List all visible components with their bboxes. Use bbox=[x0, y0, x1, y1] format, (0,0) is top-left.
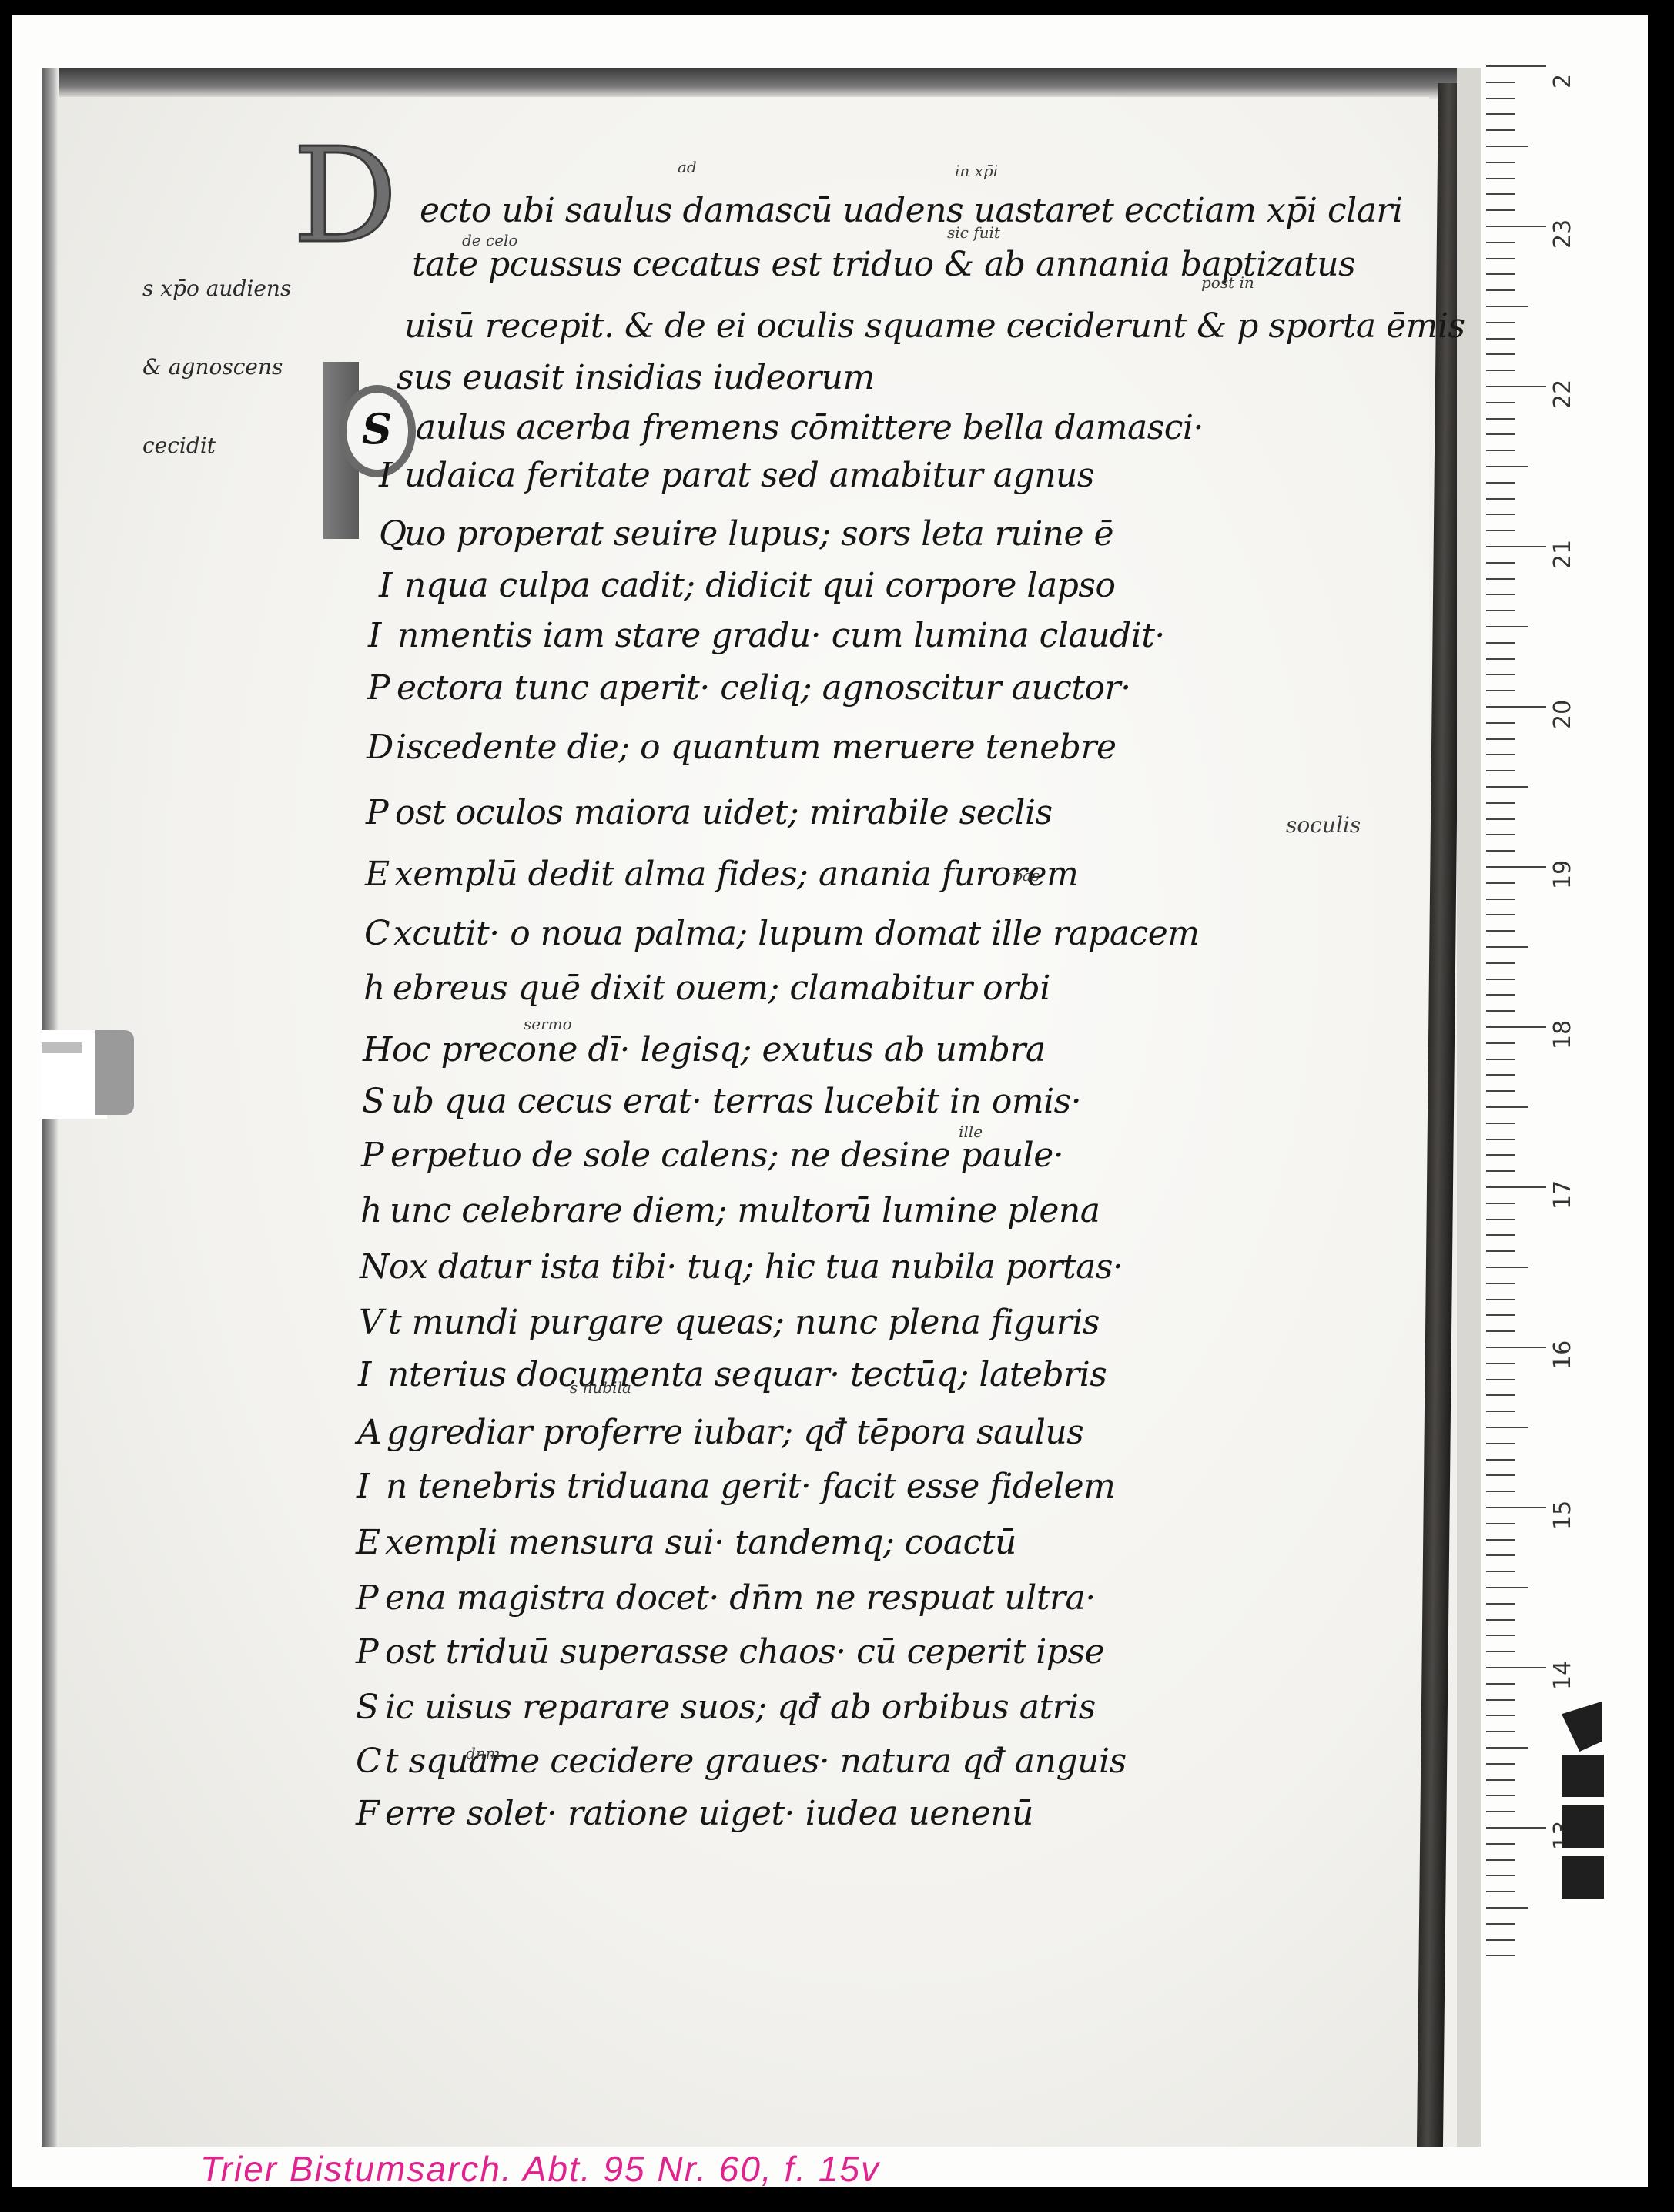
margin-note-line: s xp̄o audiens bbox=[142, 276, 291, 302]
ruler-tick bbox=[1486, 450, 1515, 451]
ruler-tick bbox=[1486, 866, 1546, 868]
verse-line-initial: S bbox=[356, 1688, 379, 1727]
ruler-tick bbox=[1486, 1603, 1515, 1605]
verse-line-initial: F bbox=[356, 1794, 379, 1833]
ruler-tick bbox=[1486, 418, 1515, 420]
verse-line: erpetuo de sole calens; ne desine paule· bbox=[390, 1136, 1063, 1175]
prose-line: ecto ubi saulus damascū uadens uastaret … bbox=[420, 191, 1403, 230]
prose-line: sus euasit insidias iudeorum bbox=[397, 358, 875, 397]
ruler-tick bbox=[1486, 658, 1515, 660]
ruler-tick bbox=[1486, 770, 1515, 771]
ruler-tick bbox=[1486, 786, 1528, 788]
verse-line: unc celebrare diem; multorū lumine plena bbox=[390, 1191, 1100, 1230]
verse-line: uo properat seuire lupus; sors leta ruin… bbox=[404, 514, 1113, 554]
ruler-tick bbox=[1486, 578, 1515, 580]
verse-line: ena magistra docet· dn̄m ne respuat ultr… bbox=[385, 1578, 1096, 1618]
ruler-tick bbox=[1486, 1443, 1515, 1444]
left-margin-note: s xp̄o audiens & agnoscens cecidit bbox=[142, 223, 291, 485]
ruler-tick bbox=[1486, 1010, 1515, 1012]
ruler-label: 16 bbox=[1549, 1340, 1576, 1370]
ruler-tick bbox=[1486, 1859, 1515, 1861]
ruler-label: 22 bbox=[1549, 380, 1576, 409]
ruler-tick bbox=[1486, 722, 1515, 724]
verse-line: udaica feritate parat sed amabitur agnus bbox=[404, 456, 1094, 495]
verse-line-initial: E bbox=[365, 855, 390, 894]
verse-line-initial: Q bbox=[379, 514, 407, 554]
ruler-tick bbox=[1486, 1347, 1546, 1348]
interlinear-gloss: de celo bbox=[462, 231, 517, 249]
ruler-tick bbox=[1486, 65, 1546, 67]
ruler-tick bbox=[1486, 98, 1515, 99]
ruler-tick bbox=[1486, 1203, 1515, 1204]
ruler-tick bbox=[1486, 834, 1515, 835]
ruler-tick bbox=[1486, 402, 1515, 403]
ruler-tick bbox=[1486, 1411, 1515, 1412]
verse-line-initial: D bbox=[367, 728, 393, 767]
ruler-tick bbox=[1486, 1459, 1515, 1461]
ruler-backing-strip bbox=[1457, 68, 1481, 2147]
ruler-tick bbox=[1486, 1554, 1515, 1556]
interlinear-gloss: ad bbox=[678, 158, 697, 176]
ruler-tick bbox=[1486, 1635, 1515, 1636]
ruler-tick bbox=[1486, 882, 1515, 884]
verse-line: nmentis iam stare gradu· cum lumina clau… bbox=[397, 616, 1165, 655]
ruler-tick bbox=[1486, 1523, 1515, 1524]
ruler-tick bbox=[1486, 1763, 1515, 1765]
ruler-tick bbox=[1486, 1779, 1515, 1781]
ruler-tick bbox=[1486, 1363, 1515, 1364]
ruler-tick bbox=[1486, 1667, 1546, 1668]
ruler-tick bbox=[1486, 178, 1515, 179]
ruler-tick bbox=[1486, 1379, 1515, 1380]
ruler-tick bbox=[1486, 1891, 1515, 1892]
ruler-tick bbox=[1486, 386, 1546, 387]
interlinear-gloss: ille bbox=[959, 1123, 983, 1141]
ruler-label: 17 bbox=[1549, 1180, 1576, 1210]
verse-line-initial: P bbox=[367, 668, 390, 708]
ruler-tick bbox=[1486, 1139, 1515, 1140]
interlinear-gloss: post in bbox=[1201, 273, 1254, 292]
ruler-tick bbox=[1486, 1827, 1546, 1829]
ruler-tick bbox=[1486, 433, 1515, 435]
ruler-tick bbox=[1486, 482, 1515, 484]
ruler-tick bbox=[1486, 1731, 1515, 1732]
ruler-tick bbox=[1486, 1186, 1546, 1188]
ruler-tick bbox=[1486, 1587, 1528, 1588]
verse-line: ggrediar proferre iubar; qđ tēpora saulu… bbox=[387, 1413, 1083, 1452]
ruler-tick bbox=[1486, 1299, 1515, 1300]
ruler-label: 14 bbox=[1549, 1661, 1576, 1690]
ruler-tick bbox=[1486, 370, 1515, 371]
verse-line: erre solet· ratione uiget· iudea uenenū bbox=[385, 1794, 1033, 1833]
logo-block bbox=[1562, 1755, 1604, 1797]
verse-line-initial: S bbox=[362, 1082, 385, 1121]
ruler-tick bbox=[1486, 1042, 1515, 1044]
ruler-tick bbox=[1486, 1283, 1515, 1284]
ruler-tick bbox=[1486, 258, 1515, 259]
ruler-tick bbox=[1486, 1683, 1515, 1685]
interlinear-gloss: dnm bbox=[466, 1744, 501, 1762]
interlinear-gloss: s nubila bbox=[570, 1378, 631, 1397]
verse-line-initial: I bbox=[368, 616, 381, 655]
ruler-tick bbox=[1486, 706, 1546, 708]
ruler-tick bbox=[1486, 642, 1515, 644]
verse-line: ub qua cecus erat· terras lucebit in omi… bbox=[391, 1082, 1081, 1121]
ruler-tick bbox=[1486, 930, 1515, 932]
ruler-tick bbox=[1486, 162, 1515, 163]
verse-line-initial: h bbox=[363, 969, 385, 1008]
verse-line: ost oculos maiora uidet; mirabile seclis bbox=[395, 793, 1053, 832]
ruler-tick bbox=[1486, 914, 1515, 915]
ruler-tick bbox=[1486, 802, 1515, 804]
logo-block bbox=[1562, 1856, 1604, 1899]
ruler-label: 23 bbox=[1549, 219, 1576, 249]
margin-note-line: & agnoscens bbox=[142, 354, 291, 380]
ruler-tick bbox=[1486, 289, 1515, 291]
ruler-tick bbox=[1486, 1939, 1515, 1941]
ruler-tick bbox=[1486, 1907, 1528, 1909]
interlinear-gloss: pas bbox=[1013, 866, 1040, 885]
ruler-tick bbox=[1486, 1651, 1515, 1652]
ruler-tick bbox=[1486, 1090, 1515, 1092]
verse-line-initial: P bbox=[356, 1632, 378, 1672]
ruler-label: 18 bbox=[1549, 1020, 1576, 1049]
ruler-tick bbox=[1486, 338, 1515, 340]
archive-shelfmark-caption: Trier Bistumsarch. Abt. 95 Nr. 60, f. 15… bbox=[200, 2148, 880, 2190]
verse-line: ebreus quē dixit ouem; clamabitur orbi bbox=[393, 969, 1050, 1008]
ruler-label: 15 bbox=[1549, 1501, 1576, 1530]
ruler-tick bbox=[1486, 1699, 1515, 1701]
ruler-tick bbox=[1486, 962, 1515, 964]
verse-line: nqua culpa cadit; didicit qui corpore la… bbox=[404, 566, 1115, 605]
ruler-tick bbox=[1486, 530, 1515, 531]
decorated-initial-inner-s: S bbox=[362, 404, 392, 453]
prose-line: uisū recepit. & de ei oculis squame ceci… bbox=[404, 306, 1465, 346]
ruler-tick bbox=[1486, 690, 1515, 691]
page-tab-marker bbox=[42, 1030, 134, 1119]
ruler-tick bbox=[1486, 1106, 1528, 1108]
ruler-tick bbox=[1486, 1811, 1515, 1812]
ruler-tick bbox=[1486, 850, 1515, 852]
ruler-tick bbox=[1486, 306, 1528, 307]
verse-line: ost triduū superasse chaos· cū ceperit i… bbox=[385, 1632, 1104, 1672]
ruler-tick bbox=[1486, 1123, 1515, 1124]
verse-line: oc precone dī· legisq; exutus ab umbra bbox=[392, 1030, 1046, 1069]
ruler-tick bbox=[1486, 994, 1515, 996]
verse-line-initial: I bbox=[379, 566, 392, 605]
verse-line: t mundi purgare queas; nunc plena figuri… bbox=[388, 1303, 1100, 1342]
ruler-tick bbox=[1486, 1314, 1515, 1316]
ruler-label: 19 bbox=[1549, 860, 1576, 889]
verse-line-initial: E bbox=[356, 1523, 380, 1562]
ruler-tick bbox=[1486, 1715, 1515, 1716]
ruler-label: 2 bbox=[1549, 74, 1576, 89]
ruler-tick bbox=[1486, 1267, 1528, 1268]
ruler-label: 21 bbox=[1549, 540, 1576, 569]
ruler-tick bbox=[1486, 1619, 1515, 1621]
ruler-tick bbox=[1486, 1394, 1515, 1396]
ruler-tick bbox=[1486, 899, 1515, 900]
verse-line-initial: P bbox=[366, 793, 388, 832]
ruler-tick bbox=[1486, 594, 1515, 595]
ruler-tick bbox=[1486, 273, 1515, 275]
interlinear-gloss: sermo bbox=[524, 1015, 572, 1033]
ruler-tick bbox=[1486, 546, 1546, 547]
ruler-tick bbox=[1486, 1026, 1546, 1028]
ruler-tick bbox=[1486, 1955, 1515, 1956]
ruler-tick bbox=[1486, 1074, 1515, 1076]
logo-kite-shape bbox=[1562, 1702, 1602, 1752]
ruler-tick bbox=[1486, 1170, 1515, 1172]
ruler-tick bbox=[1486, 1539, 1515, 1541]
ruler-tick bbox=[1486, 1923, 1515, 1925]
ruler-tick bbox=[1486, 1330, 1515, 1332]
ruler-tick bbox=[1486, 514, 1515, 515]
ruler-tick bbox=[1486, 1154, 1515, 1156]
ruler-tick bbox=[1486, 82, 1515, 83]
ruler-tick bbox=[1486, 466, 1528, 467]
verse-line: ic uisus reparare suos; qđ ab orbibus at… bbox=[385, 1688, 1096, 1727]
ruler-tick bbox=[1486, 146, 1528, 147]
ruler-tick bbox=[1486, 626, 1528, 627]
ruler-tick bbox=[1486, 1059, 1515, 1060]
interlinear-gloss: sic fuit bbox=[947, 223, 1000, 242]
verse-line-initial: h bbox=[360, 1191, 382, 1230]
ruler-tick bbox=[1486, 242, 1515, 243]
ruler-tick bbox=[1486, 1747, 1528, 1749]
verse-line-initial: P bbox=[361, 1136, 383, 1175]
verse-line-initial: C bbox=[364, 914, 390, 953]
verse-line: xempli mensura sui· tandemq; coactū bbox=[385, 1523, 1016, 1562]
archive-logo-mark bbox=[1562, 1702, 1604, 1907]
interlinear-gloss: in xp̄i bbox=[955, 162, 998, 180]
ruler-tick bbox=[1486, 1250, 1515, 1252]
verse-line: n tenebris triduana gerit· facit esse fi… bbox=[386, 1467, 1115, 1506]
ruler-tick bbox=[1486, 1491, 1515, 1492]
ruler-tick bbox=[1486, 1843, 1515, 1845]
ruler-tick bbox=[1486, 1875, 1515, 1876]
right-margin-note: soculis bbox=[1286, 812, 1361, 838]
verse-line-initial: I bbox=[379, 456, 392, 495]
ruler-tick bbox=[1486, 562, 1515, 564]
verse-line: nterius documenta sequar· tectūq; latebr… bbox=[387, 1355, 1107, 1394]
ruler-tick bbox=[1486, 674, 1515, 675]
ruler-tick bbox=[1486, 610, 1515, 611]
ruler-tick bbox=[1486, 129, 1515, 131]
ruler-tick bbox=[1486, 754, 1515, 755]
binding-shadow-top bbox=[42, 68, 1481, 99]
ruler-tick bbox=[1486, 738, 1515, 740]
ruler-tick bbox=[1486, 1571, 1515, 1572]
ruler-tick bbox=[1486, 1474, 1515, 1476]
verse-line-initial: I bbox=[358, 1355, 371, 1394]
ruler-tick bbox=[1486, 322, 1515, 323]
measurement-ruler: 22322212019181716151413 bbox=[1486, 65, 1586, 1975]
ruler-tick bbox=[1486, 498, 1515, 500]
verse-line-initial: A bbox=[357, 1413, 381, 1452]
verse-line-initial: C bbox=[356, 1742, 381, 1781]
ruler-tick bbox=[1486, 1507, 1546, 1508]
decorated-initial-d: D bbox=[293, 131, 397, 262]
ruler-tick bbox=[1486, 1795, 1515, 1796]
ruler-tick bbox=[1486, 1234, 1515, 1236]
verse-line: xcutit· o noua palma; lupum domat ille r… bbox=[393, 914, 1200, 953]
ruler-tick bbox=[1486, 353, 1515, 355]
ruler-tick bbox=[1486, 1427, 1528, 1428]
verse-line: iscedente die; o quantum meruere tenebre bbox=[396, 728, 1117, 767]
ruler-tick bbox=[1486, 113, 1515, 115]
verse-line-initial: H bbox=[363, 1030, 392, 1069]
verse-line-initial: V bbox=[359, 1303, 383, 1342]
ruler-tick bbox=[1486, 979, 1515, 980]
margin-note-line: cecidit bbox=[142, 433, 291, 459]
verse-line: xemplū dedit alma fides; anania furorem bbox=[394, 855, 1078, 894]
ruler-tick bbox=[1486, 209, 1515, 211]
ruler-tick bbox=[1486, 818, 1515, 820]
ruler-tick bbox=[1486, 226, 1546, 227]
ruler-tick bbox=[1486, 946, 1528, 948]
verse-line: aulus acerba fremens cōmittere bella dam… bbox=[416, 408, 1204, 447]
verse-line: ox datur ista tibi· tuq; hic tua nubila … bbox=[389, 1247, 1123, 1287]
ruler-label: 20 bbox=[1549, 700, 1576, 729]
ruler-tick bbox=[1486, 193, 1515, 195]
verse-line-initial: N bbox=[360, 1247, 389, 1287]
verse-line: ectora tunc aperit· celiq; agnoscitur au… bbox=[397, 668, 1131, 708]
verse-line-initial: I bbox=[357, 1467, 370, 1506]
verse-line-initial: P bbox=[356, 1578, 378, 1618]
ruler-tick bbox=[1486, 1219, 1515, 1220]
logo-block bbox=[1562, 1805, 1604, 1848]
